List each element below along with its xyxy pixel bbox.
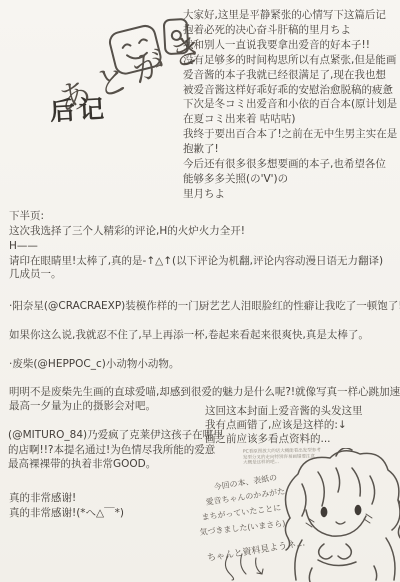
intro-line: 抱歉了! bbox=[183, 142, 397, 157]
cover-correction-note-line: 画之前应该多看点资料的... bbox=[205, 432, 331, 446]
printed-afterword-title: 后记 bbox=[49, 89, 109, 128]
intro-line: 抱着必死的决心奋斗肝稿的里月ちよ bbox=[183, 23, 397, 38]
reader-comment: (@MITURO_84)乃爱疯了克莱伊这孩子在哪里 bbox=[8, 428, 224, 443]
lower-half-line: 这次我选择了三个人精彩的评论,H的火炉火力全开! bbox=[9, 224, 245, 239]
reader-comment: 的店啊!!?本提名通过!为色情尽我所能的爱意 bbox=[8, 443, 215, 458]
reader-comment: ·阳奈星(@CRACRAEXP)装模作样的一门厨艺艺人泪眼脸红的性癖让我吃了一顿… bbox=[9, 299, 400, 314]
cover-correction-note-line: 这回这本封面上爱音酱的头发这里 bbox=[205, 404, 363, 418]
intro-line: 下次是冬コミ出爱音和小依的百合本(原计划是 bbox=[183, 97, 397, 112]
lower-half-line: 请印在眼睛里!太棒了,真的是-↑△↑(以下评论为机翻,评论内容动漫日语无力翻译) bbox=[9, 254, 383, 269]
thanks-line: 真的非常感谢!(*へ△￣*) bbox=[9, 506, 124, 521]
intro-line: 没有足够多的时间构思所以有点紧张,但是能画 bbox=[183, 53, 397, 68]
intro-line: 被爱音酱这样好乖好乖的安慰治愈脱稿的疲惫 bbox=[183, 83, 397, 98]
reader-comment: ·废柴(@HEPPOC_c)小动物小动物。 bbox=[9, 357, 179, 372]
reader-comment: 最高一夕量为止的摄影会对吧。 bbox=[9, 399, 156, 414]
intro-line: 能够多多关照(の'V')の bbox=[183, 172, 397, 187]
intro-line: 爱音酱的本子我就已经很满足了,现在我也想 bbox=[183, 68, 397, 83]
lower-half-heading: 下半页: bbox=[9, 209, 44, 224]
intro-line: 大家好,这里是平静紧张的心情写下这篇后记 bbox=[183, 8, 397, 23]
thanks-line: 真的非常感谢! bbox=[9, 491, 76, 506]
cover-correction-note-line: 我有点画错了,应该是这样的:↓ bbox=[205, 418, 347, 432]
reader-comment: 最高裸裸带的执着非常GOOD。 bbox=[8, 457, 156, 472]
tiny-print-note: PC看原图放大的话大概能看出发型参考 发型分叉的走向特别容易画错要注意 大概是这… bbox=[243, 448, 321, 466]
intro-line: 在夏コミ出来着 咕咕咕) bbox=[183, 112, 397, 127]
reader-comment: 如果你这么说,我就忍不住了,早上再添一杯,卷起来看起来很爽快,真是太棒了。 bbox=[9, 328, 369, 343]
reader-comment: 明明不是废柴先生画的直球爱喵,却感到很爱的魅力是什么呢?!就像写真一样心跳加速到 bbox=[9, 385, 400, 400]
lower-half-line: H—— bbox=[9, 239, 38, 254]
intro-line: 今后还有很多很多想要画的本子,也希望各位 bbox=[183, 157, 397, 172]
intro-line: 我终于要出百合本了!之前在无中生男主实在是 bbox=[183, 127, 397, 142]
intro-line: 里月ちよ bbox=[183, 187, 397, 202]
intro-line: 我和别人一直说我要拿出爱音的好本子!! bbox=[183, 38, 397, 53]
intro-paragraph: 大家好,这里是平静紧张的心情写下这篇后记 抱着必死的决心奋斗肝稿的里月ちよ 我和… bbox=[183, 8, 397, 202]
lower-half-line: 几成员一。 bbox=[9, 267, 62, 282]
